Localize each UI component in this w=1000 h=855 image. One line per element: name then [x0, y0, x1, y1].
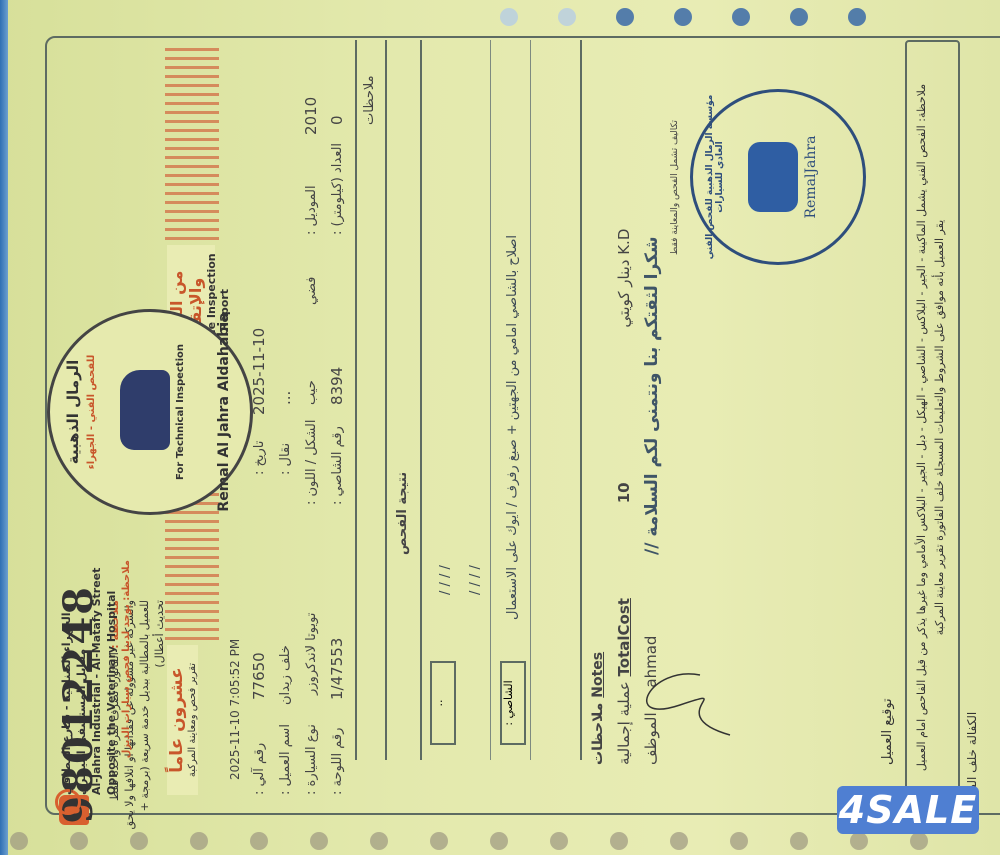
date-label: تاريخ :: [252, 441, 267, 475]
footer-terms: ملاحظة: الفحص الفني يشمل الماكينة - الجي…: [905, 40, 960, 815]
4sale-watermark: 4SALE: [837, 786, 979, 834]
mobile-value: ...: [276, 391, 294, 405]
thank-you-message: شكرا لثقتكم بنا ونتمنى لكم السلامة //: [642, 236, 662, 555]
customer-signature-label: توقيع العميل: [880, 698, 895, 765]
car-type-value: تويوتا لاندكروزر: [304, 613, 319, 695]
print-timestamp: 2025-11-10 7:05:52 PM: [228, 639, 242, 780]
divider: [490, 40, 491, 760]
car-icon: [120, 370, 170, 450]
total-cost-value: 10: [615, 482, 633, 503]
plate-value: 1/47553: [328, 638, 346, 700]
chassis-label: رقم الشاصي :: [330, 426, 345, 505]
date-value: 2025-11-10: [250, 328, 268, 415]
customer-label: اسم العميل :: [278, 724, 293, 795]
receipt-header: 98012248 ملاحظة : الفاتورة تصرف لمرة واح…: [45, 40, 225, 815]
currency: دينار كويتي: [615, 260, 633, 328]
divider: [355, 40, 357, 760]
company-address: الجهراء الصناعية - شارع المطافي مقابل ال…: [59, 560, 134, 795]
chassis-result-box: الشاصي :: [500, 661, 526, 745]
color-label: الشكل / اللون :: [304, 420, 319, 506]
customer-value: خلف زيدان: [278, 645, 293, 705]
decorative-stripes: [165, 45, 219, 240]
company-logo: الرمال الذهبية للفحص الفني - الجهراء For…: [47, 309, 253, 515]
terms-note: تكاليف تشمل الفحص والمعاينة فقط: [670, 120, 680, 255]
scanned-receipt-paper: 98012248 ملاحظة : الفاتورة تصرف لمرة واح…: [0, 0, 1000, 855]
car-type-label: نوع السيارة :: [304, 724, 319, 795]
divider: [530, 40, 531, 760]
divider: [580, 40, 582, 760]
slash-marks: / / / /: [438, 565, 453, 595]
result-box-top: ..: [430, 661, 456, 745]
receipt-no-label: رقم آلي :: [252, 743, 267, 795]
receipt-no-value: 77650: [250, 652, 268, 700]
signature-scribble: [640, 655, 750, 745]
experience-badge: عشرون عاماً تقرير فحص ومعاينة المركبة: [167, 645, 198, 795]
odometer-value: 0: [328, 115, 346, 125]
total-cost-row: عملية إجمالية TotalCost 10 دينار كويتي K…: [615, 229, 633, 765]
color-value: فضي: [304, 277, 319, 305]
model-label: الموديل :: [304, 185, 319, 235]
notes-label: ملاحظات: [362, 75, 377, 125]
divider: [385, 40, 387, 760]
plate-label: رقم اللوحة :: [330, 728, 345, 795]
notes-heading: ملاحظات Notes: [590, 652, 606, 765]
slash-marks: / / / /: [468, 565, 483, 595]
mobile-label: نقال :: [278, 443, 293, 475]
company-stamp: مؤسسة الرمال الذهبية للفحص الفني العادي …: [690, 89, 866, 265]
inspection-result-label: نتيجة الفحص: [395, 472, 410, 555]
car-stamp-icon: [748, 142, 798, 212]
rotated-document: 98012248 ملاحظة : الفاتورة تصرف لمرة واح…: [0, 0, 1000, 855]
chassis-value: 8394: [328, 367, 346, 405]
ownership-value: حيب: [304, 380, 319, 405]
model-value: 2010: [302, 97, 320, 135]
odometer-label: العداد (كيلومتر) :: [330, 143, 345, 235]
inspection-finding: اصلاح بالشاصي امامي من الجهتين + صبغ رفر…: [505, 235, 520, 620]
divider: [420, 40, 422, 760]
